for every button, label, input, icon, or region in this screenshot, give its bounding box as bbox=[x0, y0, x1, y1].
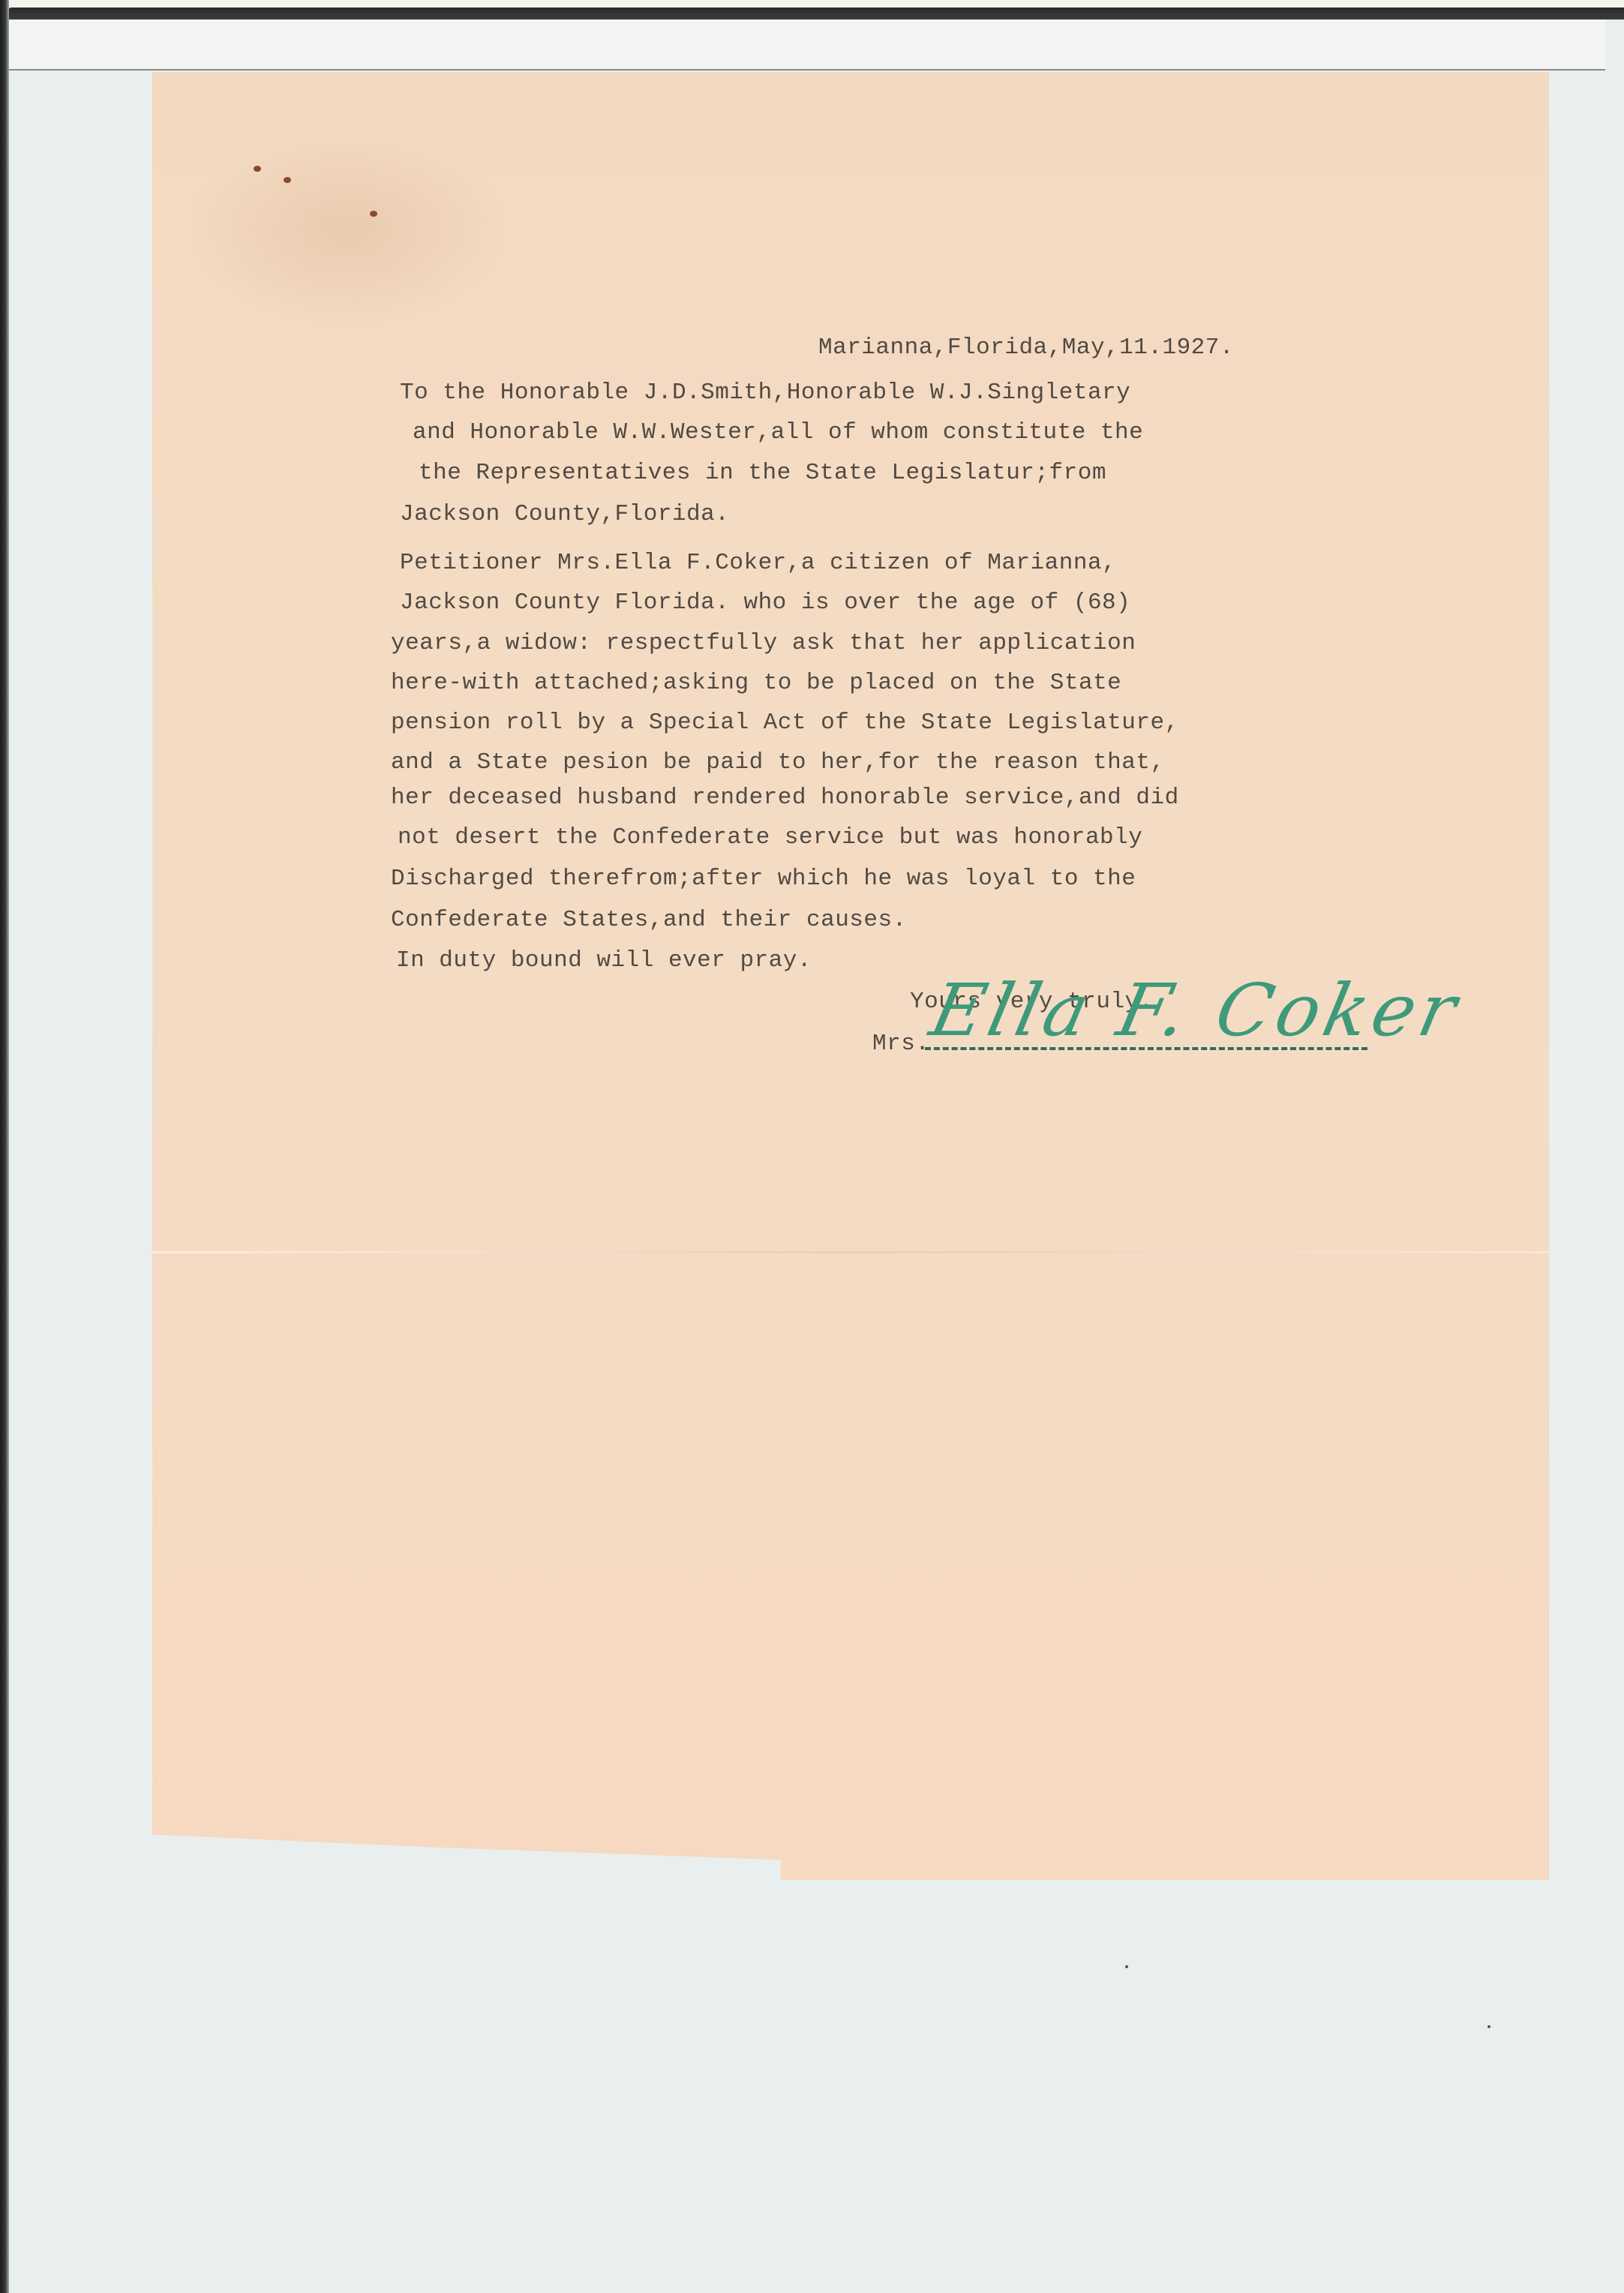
body-line: pension roll by a Special Act of the Sta… bbox=[391, 710, 1179, 736]
body-line: years,a widow: respectfully ask that her… bbox=[391, 630, 1136, 656]
rust-spot bbox=[370, 211, 377, 217]
water-stain bbox=[190, 132, 505, 327]
mounting-strip bbox=[9, 20, 1605, 71]
address-line: To the Honorable J.D.Smith,Honorable W.J… bbox=[400, 380, 1130, 406]
address-line: the Representatives in the State Legisla… bbox=[419, 460, 1106, 486]
body-line: her deceased husband rendered honorable … bbox=[391, 785, 1179, 811]
scan-speck bbox=[1487, 2025, 1490, 2028]
body-line: Discharged therefrom;after which he was … bbox=[391, 866, 1136, 892]
body-line: here-with attached;asking to be placed o… bbox=[391, 670, 1121, 696]
scan-top-margin bbox=[0, 0, 1624, 8]
scan-binding-bar bbox=[6, 8, 1624, 20]
handwritten-signature: Ella F. Coker bbox=[923, 968, 1468, 1052]
body-line: Petitioner Mrs.Ella F.Coker,a citizen of… bbox=[400, 550, 1116, 576]
signature-prefix: Mrs. bbox=[872, 1031, 929, 1057]
rust-spot bbox=[284, 177, 291, 183]
body-line: Jackson County Florida. who is over the … bbox=[400, 590, 1130, 616]
dateline: Marianna,Florida,May,11.1927. bbox=[818, 335, 1234, 361]
body-line: Confederate States,and their causes. bbox=[391, 907, 907, 933]
address-line: and Honorable W.W.Wester,all of whom con… bbox=[413, 419, 1143, 446]
closing-line: In duty bound will ever pray. bbox=[396, 947, 812, 974]
address-line: Jackson County,Florida. bbox=[400, 501, 729, 527]
rust-spot bbox=[254, 166, 261, 172]
scan-left-edge bbox=[0, 0, 9, 2293]
fold-crease bbox=[152, 1251, 1549, 1253]
body-line: not desert the Confederate service but w… bbox=[398, 824, 1142, 851]
letter-page: Marianna,Florida,May,11.1927. To the Hon… bbox=[152, 72, 1549, 1880]
scan-speck bbox=[1125, 1965, 1128, 1968]
signature-line bbox=[925, 1047, 1367, 1050]
body-line: and a State pesion be paid to her,for th… bbox=[391, 749, 1165, 776]
